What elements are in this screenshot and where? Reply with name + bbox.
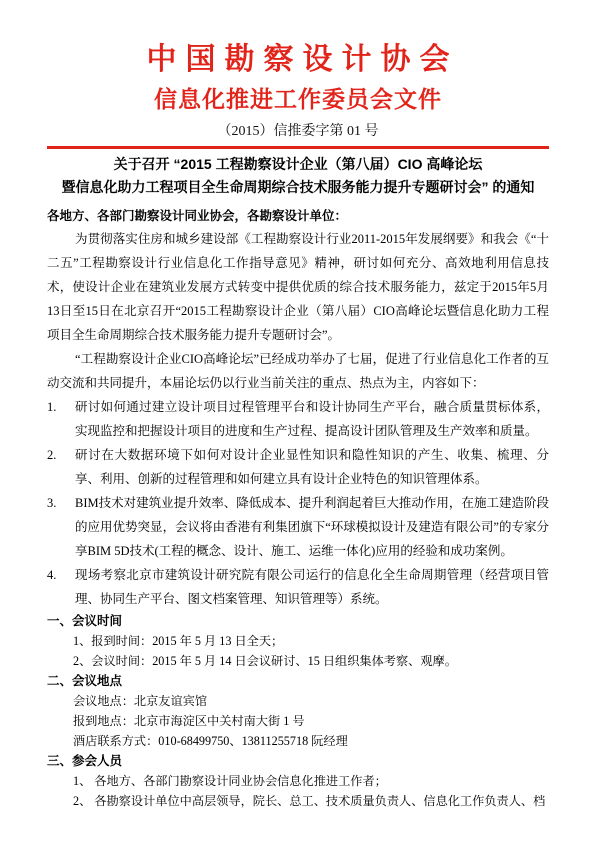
section-heading: 三、参会人员 xyxy=(47,751,549,771)
notice-title-line1: 关于召开 “2015 工程勘察设计企业（第八届）CIO 高峰论坛 xyxy=(47,153,549,176)
agenda-item: 3.BIM技术对建筑业提升效率、降低成本、提升利润起着巨大推动作用，在施工建造阶… xyxy=(47,491,549,563)
committee-title: 信息化推进工作委员会文件 xyxy=(47,84,549,114)
agenda-item-marker: 1. xyxy=(47,395,75,443)
agenda-item-marker: 2. xyxy=(47,443,75,491)
agenda-item: 1.研讨如何通过建立设计项目过程管理平台和设计协同生产平台，融合质量贯标体系，实… xyxy=(47,395,549,443)
agenda-item-marker: 4. xyxy=(47,563,75,611)
section-line: 2、会议时间：2015 年 5 月 14 日会议研讨、15 日组织集体考察、观摩… xyxy=(47,651,549,671)
section-line: 会议地点：北京友谊宾馆 xyxy=(47,691,549,711)
meeting-info-sections: 一、会议时间1、报到时间：2015 年 5 月 13 日全天；2、会议时间：20… xyxy=(47,611,549,811)
doc-number: （2015）信推委字第 01 号 xyxy=(47,122,549,141)
notice-title: 关于召开 “2015 工程勘察设计企业（第八届）CIO 高峰论坛 暨信息化助力工… xyxy=(47,153,549,199)
salutation: 各地方、各部门勘察设计同业协会，各勘察设计单位： xyxy=(47,207,549,225)
section-line: 酒店联系方式：010-68499750、13811255718 阮经理 xyxy=(47,731,549,751)
section-line: 2、 各勘察设计单位中高层领导，院长、总工、技术质量负责人、信息化工作负责人、档 xyxy=(47,791,549,811)
section-heading: 一、会议时间 xyxy=(47,611,549,631)
agenda-item-text: 研讨如何通过建立设计项目过程管理平台和设计协同生产平台，融合质量贯标体系，实现监… xyxy=(75,395,549,443)
section-heading: 二、会议地点 xyxy=(47,671,549,691)
org-title: 中国勘察设计协会 xyxy=(47,42,549,78)
agenda-item-marker: 3. xyxy=(47,491,75,563)
section: 二、会议地点会议地点：北京友谊宾馆报到地点：北京市海淀区中关村南大街 1 号酒店… xyxy=(47,671,549,751)
forum-intro-paragraph: “工程勘察设计企业CIO高峰论坛”已经成功举办了七届，促进了行业信息化工作者的互… xyxy=(47,347,549,395)
section-line: 1、报到时间：2015 年 5 月 13 日全天； xyxy=(47,631,549,651)
section-line: 1、 各地方、各部门勘察设计同业协会信息化推进工作者； xyxy=(47,771,549,791)
red-divider xyxy=(47,146,549,149)
agenda-item: 2.研讨在大数据环境下如何对设计企业显性知识和隐性知识的产生、收集、梳理、分享、… xyxy=(47,443,549,491)
agenda-list: 1.研讨如何通过建立设计项目过程管理平台和设计协同生产平台，融合质量贯标体系，实… xyxy=(47,395,549,611)
document-page: 中国勘察设计协会 信息化推进工作委员会文件 （2015）信推委字第 01 号 关… xyxy=(0,0,596,843)
agenda-item: 4.现场考察北京市建筑设计研究院有限公司运行的信息化全生命周期管理（经营项目管理… xyxy=(47,563,549,611)
agenda-item-text: BIM技术对建筑业提升效率、降低成本、提升利润起着巨大推动作用，在施工建造阶段的… xyxy=(75,491,549,563)
opening-paragraph: 为贯彻落实住房和城乡建设部《工程勘察设计行业2011-2015年发展纲要》和我会… xyxy=(47,227,549,347)
document-body: 为贯彻落实住房和城乡建设部《工程勘察设计行业2011-2015年发展纲要》和我会… xyxy=(47,227,549,811)
agenda-item-text: 研讨在大数据环境下如何对设计企业显性知识和隐性知识的产生、收集、梳理、分享、利用… xyxy=(75,443,549,491)
notice-title-line2: 暨信息化助力工程项目全生命周期综合技术服务能力提升专题研讨会” 的通知 xyxy=(47,176,549,199)
section: 三、参会人员1、 各地方、各部门勘察设计同业协会信息化推进工作者；2、 各勘察设… xyxy=(47,751,549,811)
section: 一、会议时间1、报到时间：2015 年 5 月 13 日全天；2、会议时间：20… xyxy=(47,611,549,671)
section-line: 报到地点：北京市海淀区中关村南大街 1 号 xyxy=(47,711,549,731)
agenda-item-text: 现场考察北京市建筑设计研究院有限公司运行的信息化全生命周期管理（经营项目管理、协… xyxy=(75,563,549,611)
